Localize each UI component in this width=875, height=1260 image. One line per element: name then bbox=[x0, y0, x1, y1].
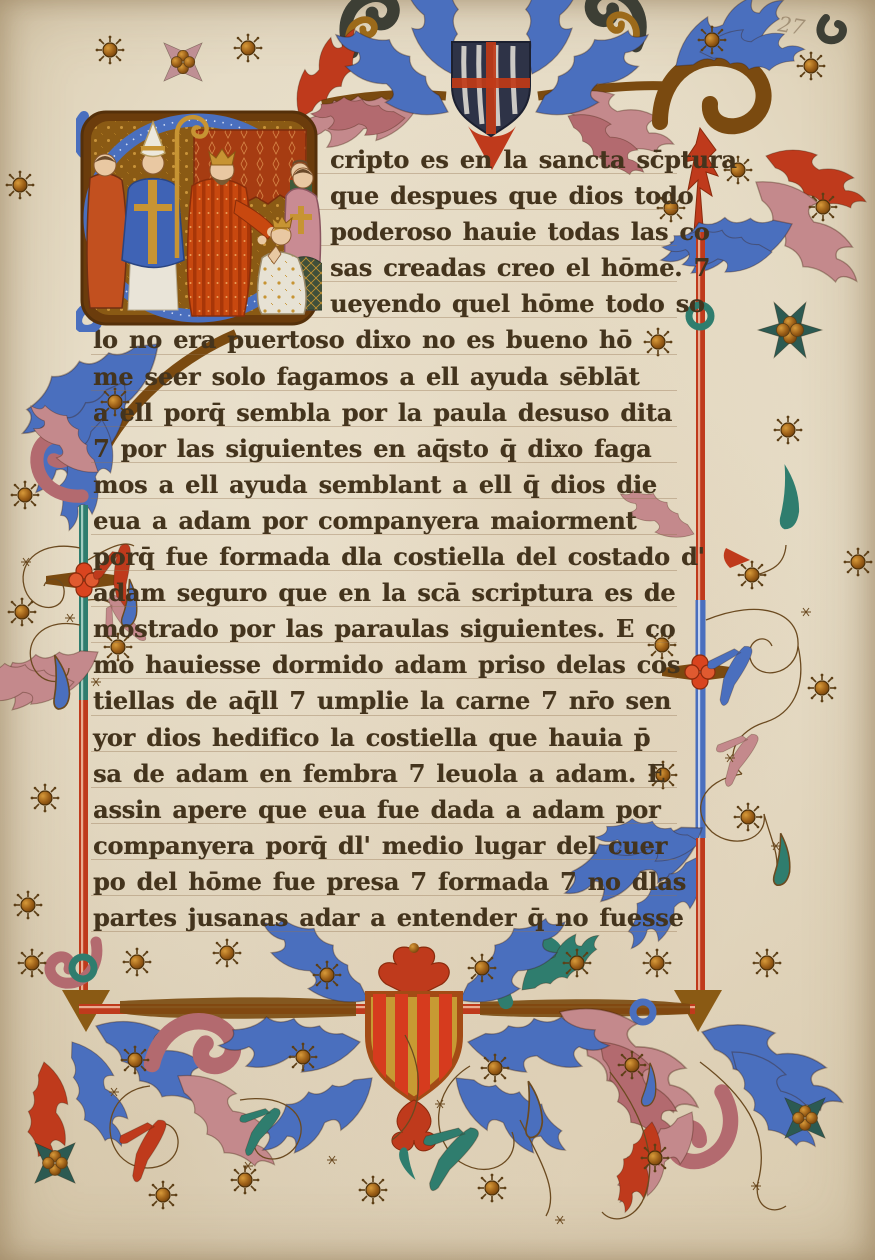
gold-besant bbox=[643, 949, 672, 978]
gold-besant bbox=[797, 52, 826, 81]
gold-besant bbox=[14, 891, 43, 920]
gold-besant bbox=[774, 416, 803, 445]
gold-besant bbox=[96, 36, 125, 65]
historiated-initial-coronation-scene bbox=[76, 108, 322, 332]
text-line: porq̄ fue formada dla costiella del cost… bbox=[93, 539, 671, 575]
gold-besant bbox=[641, 1144, 670, 1173]
right-pen-flourish bbox=[695, 608, 811, 887]
gold-besant bbox=[478, 1174, 507, 1203]
text-line: tiellas de aq̄ll 7 umplie la carne 7 nr̄… bbox=[93, 683, 671, 719]
gold-besant bbox=[11, 481, 40, 510]
gold-besant bbox=[234, 34, 263, 63]
text-line: adam seguro que en la scā scriptura es d… bbox=[93, 575, 671, 611]
text-line: mos a ell ayuda semblant a ell q̄ dios d… bbox=[93, 467, 671, 503]
text-line: eua a adam por companyera maiorment bbox=[93, 503, 671, 539]
gold-besant bbox=[698, 26, 727, 55]
gold-besant bbox=[808, 674, 837, 703]
gold-besant bbox=[149, 1181, 178, 1210]
gold-besant bbox=[481, 1054, 510, 1083]
gold-besant bbox=[8, 598, 37, 627]
gold-besant bbox=[6, 171, 35, 200]
gold-besant bbox=[468, 954, 497, 983]
gold-besant bbox=[563, 949, 592, 978]
gold-besant bbox=[123, 948, 152, 977]
gold-besant bbox=[844, 548, 873, 577]
text-line: a ell porq̄ sembla por la paula desuso d… bbox=[93, 395, 671, 431]
gold-besant bbox=[313, 961, 342, 990]
text-line: mostrado por las paraulas siguientes. E … bbox=[93, 611, 671, 647]
gold-besant bbox=[121, 1046, 150, 1075]
text-line: 7 por las siguientes en aq̄sto q̄ dixo f… bbox=[93, 431, 671, 467]
gold-besant bbox=[809, 193, 838, 222]
gold-besant bbox=[753, 949, 782, 978]
manuscript-page: 27 cripto es en la sancta sc̄pturaque de… bbox=[0, 0, 875, 1260]
text-line: assin apere que eua fue dada a adam por bbox=[93, 792, 671, 828]
text-line: partes jusanas adar a entender q̄ no fue… bbox=[93, 900, 671, 936]
gold-besant bbox=[213, 939, 242, 968]
text-line: me seer solo fagamos a ell ayuda sēblāt bbox=[93, 359, 671, 395]
gold-besant bbox=[618, 1051, 647, 1080]
folio-number: 27 bbox=[776, 12, 806, 40]
text-line: yor dios hedifico la costiella que hauia… bbox=[93, 720, 671, 756]
text-line: po del hōme fue presa 7 formada 7 no dla… bbox=[93, 864, 671, 900]
gold-besant bbox=[231, 1166, 260, 1195]
gold-besant bbox=[31, 784, 60, 813]
gold-besant bbox=[734, 803, 763, 832]
dark-curl-leaf bbox=[820, 18, 842, 40]
text-line: companyera porq̄ dl' medio lugar del cue… bbox=[93, 828, 671, 864]
top-center-shield bbox=[452, 42, 530, 136]
text-line: mo hauiesse dormido adam priso delas cos bbox=[93, 647, 671, 683]
text-line: sa de adam en fembra 7 leuola a adam. E bbox=[93, 756, 671, 792]
gold-besant bbox=[738, 561, 767, 590]
gold-besant bbox=[359, 1176, 388, 1205]
gold-besant bbox=[18, 949, 47, 978]
gold-besant bbox=[289, 1043, 318, 1072]
